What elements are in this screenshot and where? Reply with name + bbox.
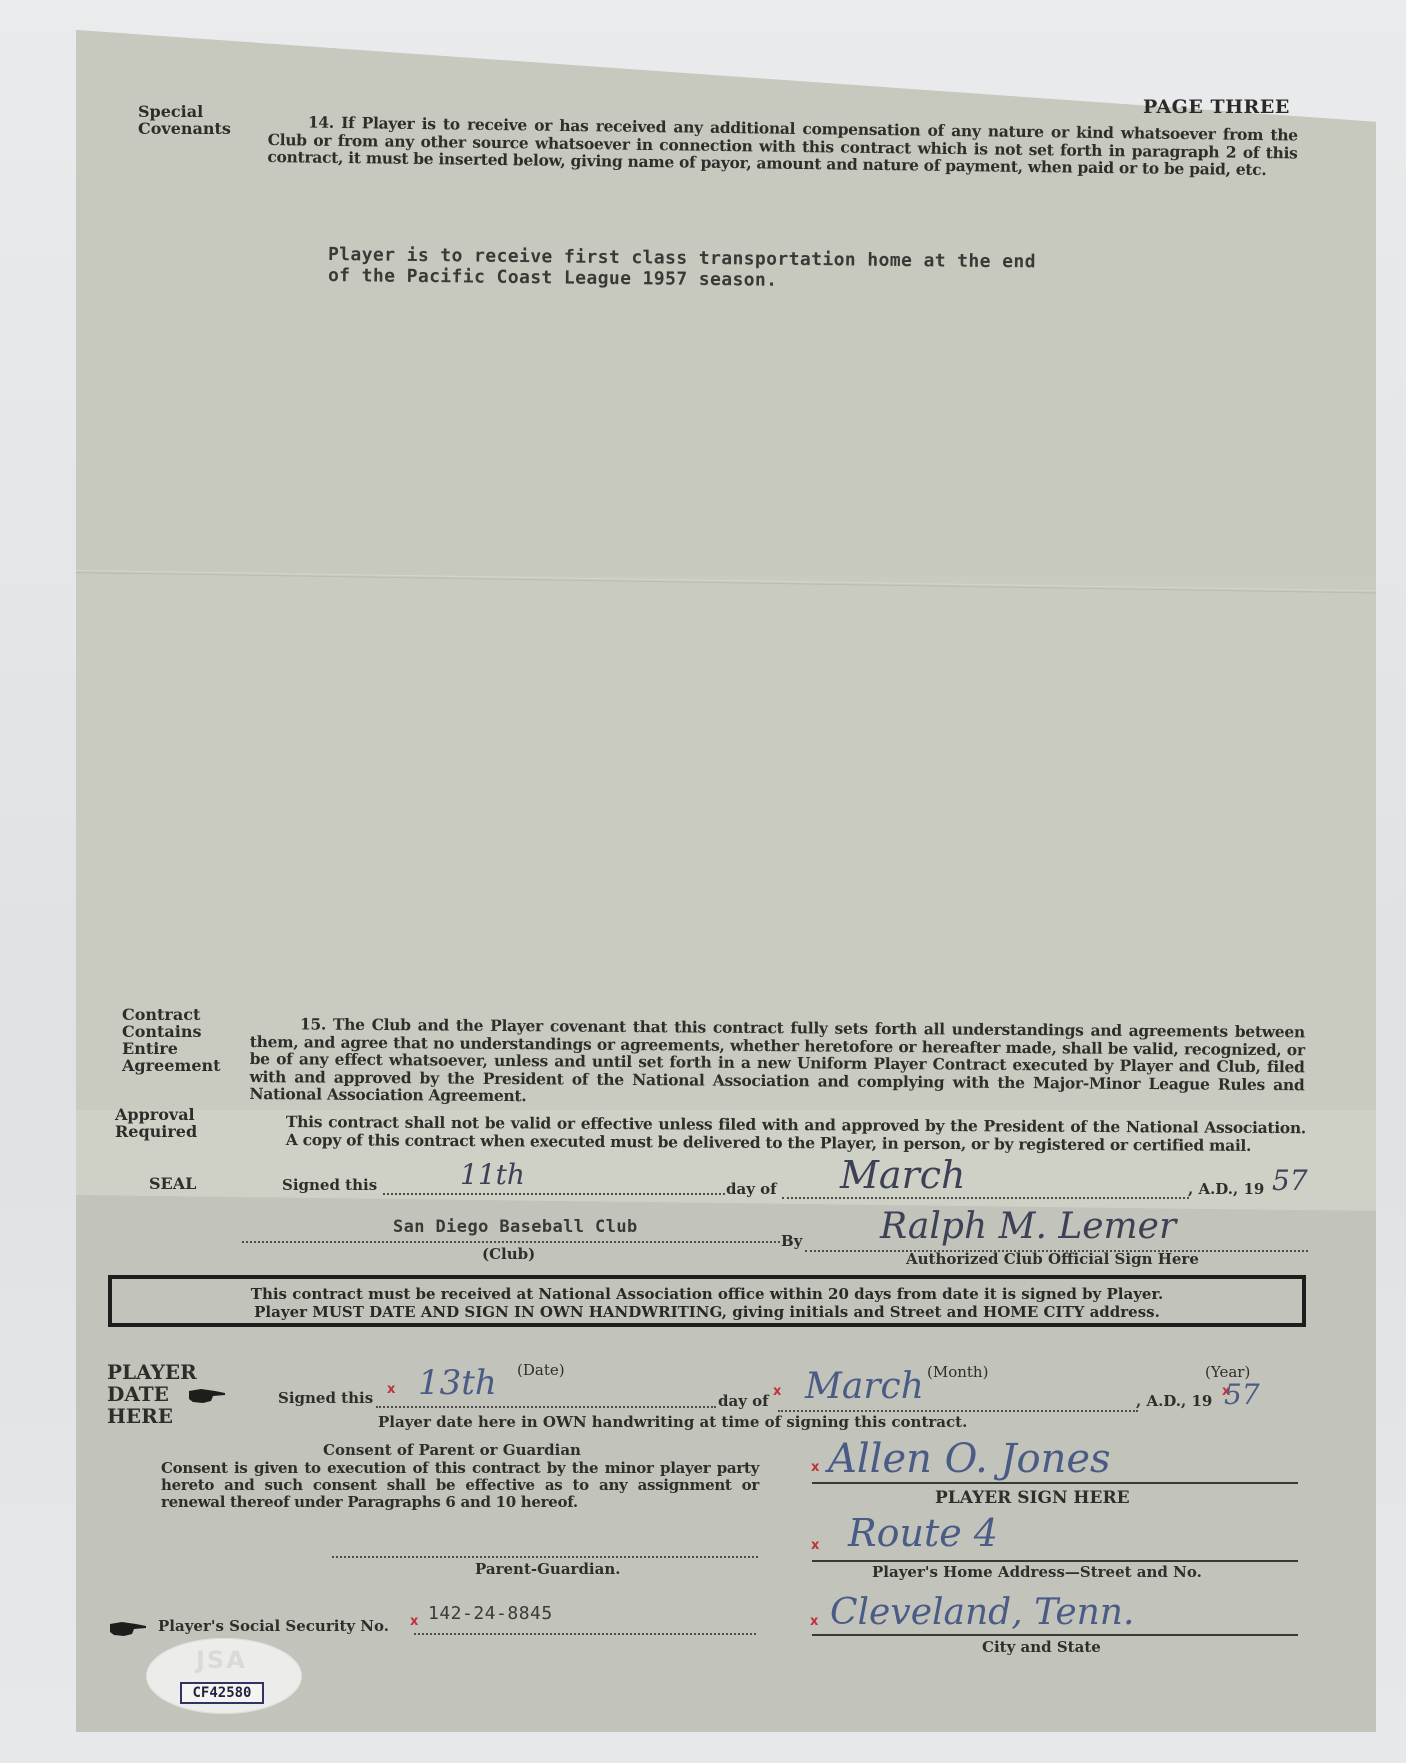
section-15-text: 15. The Club and the Player covenant tha…	[249, 1015, 1305, 1111]
pointing-hand-icon	[108, 1620, 148, 1638]
city-line	[812, 1634, 1298, 1636]
notice-line-1: This contract must be received at Nation…	[112, 1285, 1302, 1303]
player-day-of-label: day of	[718, 1392, 769, 1410]
club-month-handwritten: March	[840, 1160, 966, 1190]
date-hint-label: (Date)	[517, 1361, 565, 1379]
player-ad-label: , A.D., 19	[1136, 1392, 1212, 1410]
player-month-x-mark: x	[773, 1384, 781, 1399]
ssn-label: Player's Social Security No.	[158, 1617, 389, 1635]
player-day-line	[376, 1406, 716, 1408]
address-handwritten: Route 4	[848, 1518, 998, 1548]
ssn-value: 142-24-8845	[428, 1603, 553, 1624]
player-year-handwritten: 57	[1224, 1380, 1260, 1410]
player-date-instruction: Player date here in OWN handwriting at t…	[378, 1413, 967, 1431]
player-day-handwritten: 13th	[418, 1368, 497, 1398]
by-label: By	[781, 1232, 802, 1250]
ssn-line	[414, 1633, 756, 1635]
address-label: Player's Home Address—Street and No.	[872, 1563, 1202, 1581]
guardian-signature-label: Parent-Guardian.	[475, 1560, 620, 1578]
entire-agreement-label: Contract Contains Entire Agreement	[122, 1006, 221, 1074]
player-signature-line	[812, 1482, 1298, 1484]
club-day-handwritten: 11th	[460, 1160, 525, 1190]
player-signed-this-label: Signed this	[278, 1389, 373, 1407]
approval-required-label: Approval Required	[115, 1106, 197, 1140]
club-day-line	[383, 1193, 725, 1195]
player-date-here-label: PLAYER DATE HERE	[107, 1361, 197, 1427]
player-day-x-mark: x	[387, 1382, 395, 1397]
page-number-label: PAGE THREE	[1143, 96, 1290, 118]
player-signature-x-mark: x	[811, 1460, 819, 1475]
club-name-line	[242, 1241, 780, 1243]
approval-text: This contract shall not be valid or effe…	[286, 1113, 1306, 1154]
club-year-handwritten: 57	[1272, 1166, 1308, 1196]
special-covenants-label: Special Covenants	[138, 103, 231, 137]
official-signature-handwritten: Ralph M. Lemer	[880, 1212, 1176, 1242]
address-line	[812, 1560, 1298, 1562]
pointing-hand-icon	[187, 1387, 227, 1405]
seal-label: SEAL	[149, 1174, 196, 1193]
official-sign-label: Authorized Club Official Sign Here	[906, 1250, 1199, 1268]
address-x-mark: x	[811, 1538, 819, 1553]
authentication-code: CF42580	[180, 1682, 264, 1704]
club-signed-this-label: Signed this	[282, 1176, 377, 1194]
notice-line-2: Player MUST DATE AND SIGN IN OWN HANDWRI…	[112, 1303, 1302, 1321]
club-ad-label: , A.D., 19	[1188, 1180, 1264, 1198]
guardian-signature-line	[332, 1556, 758, 1558]
guardian-consent-text: Consent is given to execution of this co…	[161, 1460, 759, 1511]
authentication-sticker: JSA CF42580	[146, 1638, 302, 1714]
club-month-line	[782, 1197, 1189, 1199]
club-name-typed: San Diego Baseball Club	[393, 1217, 638, 1238]
club-label: (Club)	[482, 1245, 535, 1263]
ssn-x-mark: x	[410, 1614, 418, 1629]
player-month-line	[778, 1410, 1138, 1412]
jsa-logo: JSA	[196, 1646, 247, 1674]
city-handwritten: Cleveland, Tenn.	[830, 1598, 1134, 1628]
city-x-mark: x	[810, 1614, 818, 1629]
player-sign-here-label: PLAYER SIGN HERE	[935, 1488, 1130, 1508]
club-day-of-label: day of	[726, 1180, 777, 1198]
notice-box: This contract must be received at Nation…	[108, 1275, 1306, 1327]
city-label: City and State	[982, 1638, 1101, 1656]
guardian-consent-title: Consent of Parent or Guardian	[323, 1441, 581, 1459]
player-signature-handwritten: Allen O. Jones	[828, 1444, 1111, 1474]
player-month-handwritten: March	[805, 1372, 924, 1402]
month-hint-label: (Month)	[927, 1363, 988, 1381]
